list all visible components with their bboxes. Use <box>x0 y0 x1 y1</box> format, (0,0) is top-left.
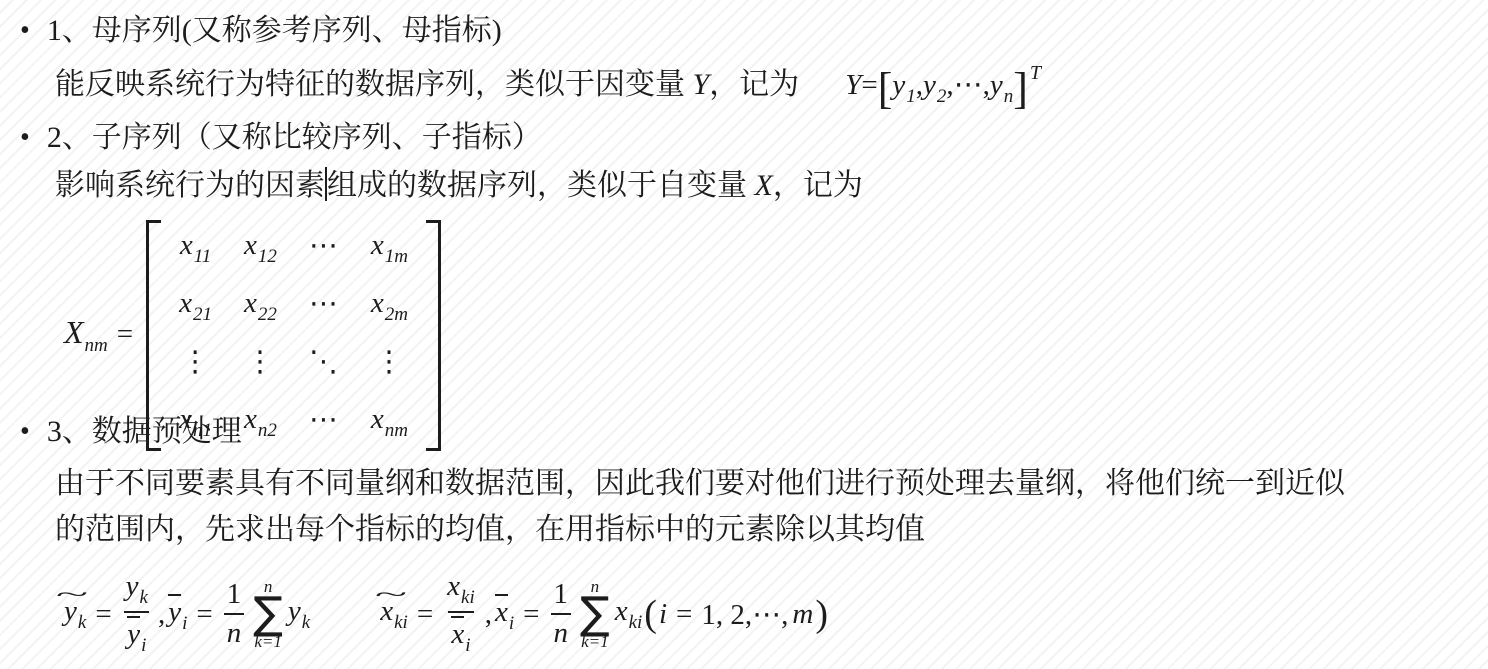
matrix-cell: x21 <box>179 287 212 326</box>
matrix-cell: x1m <box>371 229 408 268</box>
matrix-cell: x11 <box>180 229 211 268</box>
math-token: y <box>990 69 1003 101</box>
fraction-denominator: xi <box>448 611 473 657</box>
equation-x-normalization[interactable]: ~xki = xki xi , xi = 1 n n ∑ k=1 xki ( i… <box>380 571 830 657</box>
item2-title-row[interactable]: •2、子序列（又称比较序列、子指标） <box>20 119 542 157</box>
matrix-cell: x2m <box>371 287 408 326</box>
item1-body-row[interactable]: 能反映系统行为特征的数据序列，类似于因变量 Y，记为Y=[y1,y2,⋯,yn]… <box>55 61 1041 111</box>
item1-body-text: 能反映系统行为特征的数据序列，类似于因变量 <box>55 68 693 101</box>
item1-title-row[interactable]: •1、母序列(又称参考序列、母指标) <box>20 12 502 50</box>
matrix-cell: ⋯ <box>309 228 339 269</box>
bullet-marker: • <box>20 120 30 155</box>
item2-title: 2、子序列（又称比较序列、子指标） <box>47 121 542 154</box>
bullet-marker: • <box>20 414 30 449</box>
math-sub: 1 <box>906 86 916 107</box>
equation-y-normalization[interactable]: ~yk = yk yi , yi = 1 n n ∑ k=1 yk <box>64 571 310 657</box>
math-sub: 2 <box>937 86 947 107</box>
math-token: m <box>792 598 813 631</box>
math-token: y <box>923 69 936 101</box>
fraction: 1 n <box>551 579 572 650</box>
paragraph-line: 的范围内，先求出每个指标的均值，在用指标中的元素除以其均值 <box>55 507 1345 553</box>
fraction-denominator: yi <box>124 611 149 657</box>
math-token: , <box>485 598 492 631</box>
math-sub: k <box>78 612 86 633</box>
item3-title-row[interactable]: •3、数据预处理 <box>20 413 242 451</box>
math-token: = <box>196 598 212 631</box>
item2-body-row[interactable]: 影响系统行为的因素组成的数据序列，类似于自变量 X，记为 <box>55 167 863 205</box>
open-paren: ( <box>644 595 657 633</box>
slide-canvas: •1、母序列(又称参考序列、母指标) 能反映系统行为特征的数据序列，类似于因变量… <box>0 0 1488 669</box>
tilde-accent: ~ <box>56 582 88 607</box>
math-token: , <box>916 69 923 101</box>
math-token: Y <box>845 69 861 101</box>
transpose-sup: T <box>1030 62 1041 84</box>
variable-X: X <box>755 169 773 202</box>
mean-group: yi <box>168 594 187 635</box>
sum-term: xki <box>615 595 643 634</box>
matrix-cell: x22 <box>244 287 277 326</box>
math-token: i <box>659 598 667 631</box>
fraction-numerator: 1 <box>224 579 245 613</box>
math-token: , <box>946 69 953 101</box>
math-token: , <box>983 69 990 101</box>
variable-Y: Y <box>693 68 710 101</box>
fraction: xki xi <box>444 571 478 657</box>
matrix-cell: xnm <box>371 403 408 442</box>
summation: n ∑ k=1 <box>253 578 283 649</box>
item2-body-text2: 组成的数据序列，类似于自变量 <box>327 169 755 202</box>
math-token: = <box>523 598 539 631</box>
mean-group: xi <box>495 594 514 635</box>
fraction: yk yi <box>123 571 151 657</box>
item1-title: 1、母序列(又称参考序列、母指标) <box>47 14 502 47</box>
math-sub: nm <box>85 335 108 356</box>
matrix-cell: ⋯ <box>309 286 339 327</box>
fraction-numerator: xki <box>444 571 478 611</box>
math-token: 1, 2,⋯, <box>701 597 788 632</box>
math-token: = <box>676 598 692 631</box>
tilde-group: ~yk <box>64 595 86 634</box>
math-token: X <box>64 314 84 350</box>
math-token: = <box>861 69 877 101</box>
fraction-denominator: n <box>224 613 245 650</box>
sigma-symbol: ∑ <box>580 595 610 632</box>
tilde-group: ~xki <box>380 595 408 634</box>
tilde-accent: ~ <box>374 582 406 607</box>
matrix-right-bracket <box>426 220 441 451</box>
matrix-cell: x12 <box>244 229 277 268</box>
close-bracket: ] <box>1013 64 1028 113</box>
math-sub: ki <box>394 612 408 633</box>
bullet-marker: • <box>20 13 30 48</box>
math-sub: n <box>1004 86 1014 107</box>
item2-body-text-post: ，记为 <box>773 169 863 202</box>
sigma-symbol: ∑ <box>253 595 283 632</box>
matrix-cell: ⋮ <box>245 344 275 385</box>
cdots: ⋯ <box>954 69 983 101</box>
math-token: y <box>892 69 905 101</box>
sum-term: yk <box>288 595 310 634</box>
item3-title: 3、数据预处理 <box>47 415 242 448</box>
math-token: , <box>158 598 165 631</box>
matrix-cell: ⋮ <box>181 344 211 385</box>
fraction: 1 n <box>224 579 245 650</box>
item1-body-text-post: ，记为 <box>709 68 799 101</box>
math-token: = <box>417 598 433 631</box>
fraction-numerator: yk <box>123 571 151 611</box>
summation: n ∑ k=1 <box>580 578 610 649</box>
normalization-formulas-row: ~yk = yk yi , yi = 1 n n ∑ k=1 yk ~xki = <box>64 566 830 662</box>
fraction-denominator: n <box>551 613 572 650</box>
item3-paragraph[interactable]: 由于不同要素具有不同量纲和数据范围，因此我们要对他们进行预处理去量纲，将他们统一… <box>55 461 1345 553</box>
equation-y-vector[interactable]: Y=[y1,y2,⋯,yn]T <box>845 68 1041 101</box>
math-token: = <box>117 318 133 350</box>
math-token: = <box>95 598 111 631</box>
paragraph-line: 由于不同要素具有不同量纲和数据范围，因此我们要对他们进行预处理去量纲，将他们统一… <box>55 461 1345 507</box>
matrix-lhs: Xnm= <box>64 314 142 357</box>
open-bracket: [ <box>878 64 893 113</box>
matrix-cell: ⋱ <box>309 344 339 385</box>
item2-body-text: 影响系统行为的因素 <box>55 169 325 202</box>
close-paren: ) <box>815 595 828 633</box>
matrix-cell: ⋮ <box>374 344 404 385</box>
matrix-cell: ⋯ <box>309 402 339 443</box>
matrix-cell: xn2 <box>244 403 277 442</box>
fraction-numerator: 1 <box>551 579 572 613</box>
